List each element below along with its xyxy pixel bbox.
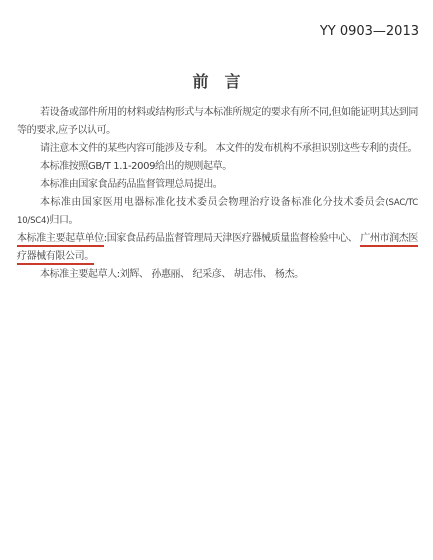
paragraph-centralized-by: 本标准由国家医用电器标准化技术委员会物理治疗设备标准化分技术委员会(SAC/TC… <box>17 194 418 230</box>
standard-document-page: YY 0903—2013 前 言 若设备或部件所用的材料或结构形式与本标准所规定… <box>0 0 433 560</box>
drafting-unit-tianjin-center: 国家食品药品监督管理局天津医疗器械质量监督检验中心、 <box>107 233 360 244</box>
paragraph-patent-notice: 请注意本文件的某些内容可能涉及专利。 本文件的发布机构不承担识别这些专利的责任。 <box>17 140 418 158</box>
foreword-title: 前 言 <box>0 73 433 90</box>
paragraph-drafters: 本标准主要起草人:刘辉、 孙惠丽、 纪采彦、 胡志伟、 杨杰。 <box>17 266 418 284</box>
centralized-by-suffix: 归口。 <box>49 215 78 226</box>
underlined-drafting-units-label: 本标准主要起草单位 <box>17 233 104 247</box>
doc-number: YY 0903—2013 <box>0 0 433 39</box>
foreword-body: 若设备或部件所用的材料或结构形式与本标准所规定的要求有所不同,但如能证明其达到同… <box>17 104 418 284</box>
paragraph-equivalence: 若设备或部件所用的材料或结构形式与本标准所规定的要求有所不同,但如能证明其达到同… <box>17 104 418 140</box>
centralized-by-text: 本标准由国家医用电器标准化技术委员会物理治疗设备标准化分技术委员会 <box>40 197 385 208</box>
paragraph-drafting-rule: 本标准按照GB/T 1.1-2009给出的规则起草。 <box>17 158 418 176</box>
paragraph-proposed-by: 本标准由国家食品药品监督管理总局提出。 <box>17 176 418 194</box>
paragraph-drafting-units: 本标准主要起草单位:国家食品药品监督管理局天津医疗器械质量监督检验中心、 广州市… <box>17 230 418 266</box>
